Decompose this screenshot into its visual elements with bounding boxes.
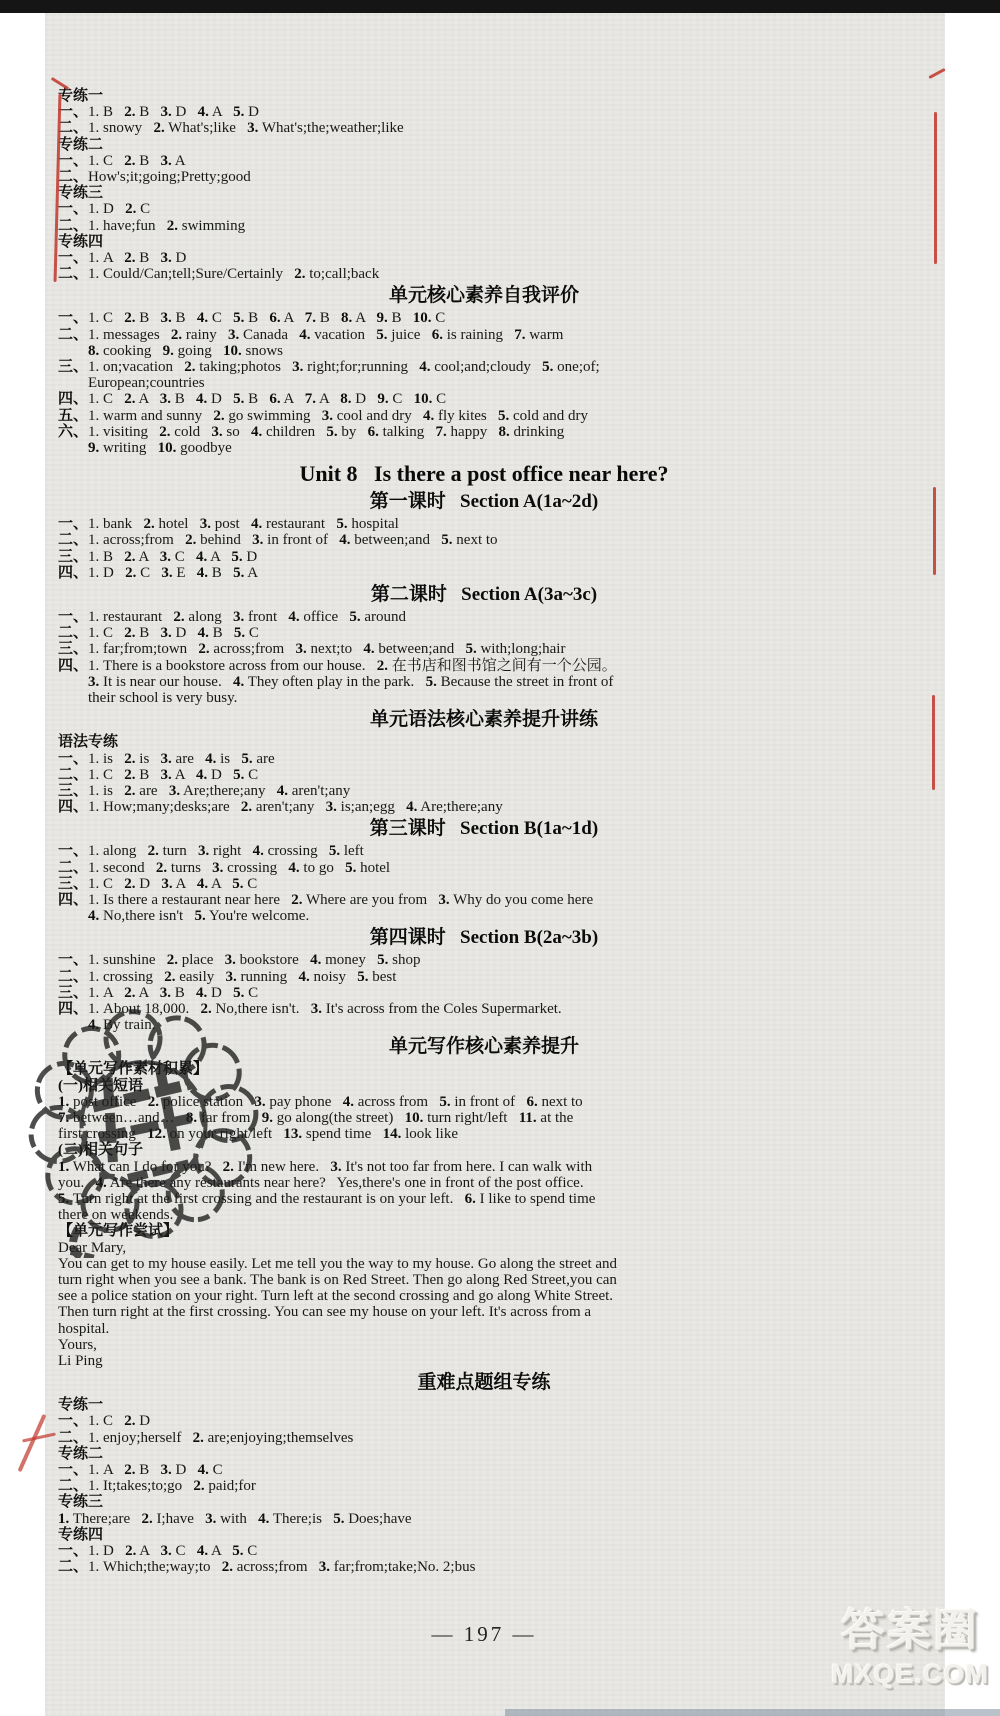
sub-heading: 专练四 bbox=[58, 234, 910, 250]
sub-heading: 专练二 bbox=[58, 137, 910, 153]
answer-line: 二、1. crossing 2. easily 3. running 4. no… bbox=[58, 969, 910, 985]
unit-heading: Unit 8 Is there a post office near here? bbox=[58, 460, 910, 488]
answer-line: 一、1. D 2. A 3. C 4. A 5. C bbox=[58, 1543, 910, 1559]
answer-line: 三、1. B 2. A 3. C 4. A 5. D bbox=[58, 549, 910, 565]
answer-line: 五、1. warm and sunny 2. go swimming 3. co… bbox=[58, 408, 910, 424]
answer-line: 一、1. C 2. B 3. A bbox=[58, 153, 910, 169]
answer-key-content: 专练一一、1. B 2. B 3. D 4. A 5. D二、1. snowy … bbox=[58, 88, 910, 1575]
answer-line: see a police station on your right. Turn… bbox=[58, 1288, 910, 1304]
answer-line: 一、1. along 2. turn 3. right 4. crossing … bbox=[58, 843, 910, 859]
continuation-line: 9. writing 10. goodbye bbox=[58, 440, 910, 456]
answer-line: 一、1. is 2. is 3. are 4. is 5. are bbox=[58, 751, 910, 767]
answer-line: 四、1. D 2. C 3. E 4. B 5. A bbox=[58, 565, 910, 581]
answer-line: 二、1. C 2. B 3. D 4. B 5. C bbox=[58, 625, 910, 641]
answer-line: 四、1. Is there a restaurant near here 2. … bbox=[58, 892, 910, 908]
answer-line: 一、1. restaurant 2. along 3. front 4. off… bbox=[58, 609, 910, 625]
logo-domain-text: MXQE.COM bbox=[810, 1660, 1000, 1688]
answer-line: 六、1. visiting 2. cold 3. so 4. children … bbox=[58, 424, 910, 440]
sub-heading: 专练四 bbox=[58, 1527, 910, 1543]
continuation-line: 3. It is near our house. 4. They often p… bbox=[58, 674, 910, 690]
sub-heading: 专练三 bbox=[58, 1494, 910, 1510]
answer-line: 二、1. have;fun 2. swimming bbox=[58, 218, 910, 234]
answer-line: 二、1. across;from 2. behind 3. in front o… bbox=[58, 532, 910, 548]
answer-line: 二、1. snowy 2. What's;like 3. What's;the;… bbox=[58, 120, 910, 136]
continuation-line: 4. No,there isn't 5. You're welcome. bbox=[58, 908, 910, 924]
answer-line: 三、1. C 2. D 3. A 4. A 5. C bbox=[58, 876, 910, 892]
continuation-line: their school is very busy. bbox=[58, 690, 910, 706]
answer-line: You can get to my house easily. Let me t… bbox=[58, 1256, 910, 1272]
section-heading: 第二课时 Section A(3a~3c) bbox=[58, 583, 910, 607]
sub-heading: 语法专练 bbox=[58, 734, 910, 750]
answer-line: 二、1. messages 2. rainy 3. Canada 4. vaca… bbox=[58, 327, 910, 343]
answer-line: 一、1. C 2. D bbox=[58, 1413, 910, 1429]
section-heading: 第四课时 Section B(2a~3b) bbox=[58, 926, 910, 950]
section-heading: 第一课时 Section A(1a~2d) bbox=[58, 490, 910, 514]
answer-line: 二、1. second 2. turns 3. crossing 4. to g… bbox=[58, 860, 910, 876]
answer-line: 四、1. C 2. A 3. B 4. D 5. B 6. A 7. A 8. … bbox=[58, 391, 910, 407]
answer-line: 二、1. It;takes;to;go 2. paid;for bbox=[58, 1478, 910, 1494]
answer-line: 1. There;are 2. I;have 3. with 4. There;… bbox=[58, 1511, 910, 1527]
continuation-line: 8. cooking 9. going 10. snows bbox=[58, 343, 910, 359]
answer-line: 二、How's;it;going;Pretty;good bbox=[58, 169, 910, 185]
red-edge-mark bbox=[934, 112, 937, 264]
answer-line: hospital. bbox=[58, 1321, 910, 1337]
red-edge-mark bbox=[933, 487, 936, 575]
answer-line: 二、1. Could/Can;tell;Sure/Certainly 2. to… bbox=[58, 266, 910, 282]
red-edge-mark bbox=[932, 695, 935, 790]
answer-line: 一、1. bank 2. hotel 3. post 4. restaurant… bbox=[58, 516, 910, 532]
sub-heading: 专练三 bbox=[58, 185, 910, 201]
answer-line: 一、1. D 2. C bbox=[58, 201, 910, 217]
answer-line: 三、1. on;vacation 2. taking;photos 3. rig… bbox=[58, 359, 910, 375]
answer-line: Yours, bbox=[58, 1337, 910, 1353]
section-heading: 第三课时 Section B(1a~1d) bbox=[58, 817, 910, 841]
answer-line: 三、1. A 2. A 3. B 4. D 5. C bbox=[58, 985, 910, 1001]
answer-line: 一、1. C 2. B 3. B 4. C 5. B 6. A 7. B 8. … bbox=[58, 310, 910, 326]
answer-line: 三、1. is 2. are 3. Are;there;any 4. aren'… bbox=[58, 783, 910, 799]
answer-line: 一、1. B 2. B 3. D 4. A 5. D bbox=[58, 104, 910, 120]
answer-line: Li Ping bbox=[58, 1353, 910, 1369]
answer-line: 三、1. far;from;town 2. across;from 3. nex… bbox=[58, 641, 910, 657]
section-heading: 单元核心素养自我评价 bbox=[58, 284, 910, 308]
answer-line: 二、1. Which;the;way;to 2. across;from 3. … bbox=[58, 1559, 910, 1575]
logo-brand-text: 答案圈 bbox=[810, 1608, 1000, 1654]
red-pen-scribble bbox=[18, 1414, 47, 1472]
scanned-answer-page: { "footer": { "page_number": "— 197 —", … bbox=[0, 0, 1000, 1716]
answer-line: 一、1. A 2. B 3. D 4. C bbox=[58, 1462, 910, 1478]
answer-line: 二、1. C 2. B 3. A 4. D 5. C bbox=[58, 767, 910, 783]
answer-line: turn right when you see a bank. The bank… bbox=[58, 1272, 910, 1288]
sub-heading: 专练一 bbox=[58, 1397, 910, 1413]
answer-line: Then turn right at the first crossing. Y… bbox=[58, 1304, 910, 1320]
continuation-line: European;countries bbox=[58, 375, 910, 391]
answer-line: 四、1. How;many;desks;are 2. aren't;any 3.… bbox=[58, 799, 910, 815]
page-number: — 197 — bbox=[58, 1622, 910, 1647]
scan-top-edge bbox=[0, 0, 1000, 13]
answer-site-logo: 答案圈 MXQE.COM bbox=[810, 1608, 1000, 1689]
section-heading: 重难点题组专练 bbox=[58, 1371, 910, 1395]
answer-line: 四、1. There is a bookstore across from ou… bbox=[58, 658, 910, 674]
ink-stamp-watermark bbox=[26, 1006, 262, 1258]
scan-bottom-edge bbox=[505, 1709, 1000, 1716]
section-heading: 单元语法核心素养提升讲练 bbox=[58, 708, 910, 732]
answer-line: 一、1. A 2. B 3. D bbox=[58, 250, 910, 266]
answer-line: 一、1. sunshine 2. place 3. bookstore 4. m… bbox=[58, 952, 910, 968]
sub-heading: 专练二 bbox=[58, 1446, 910, 1462]
answer-line: 二、1. enjoy;herself 2. are;enjoying;thems… bbox=[58, 1430, 910, 1446]
sub-heading: 专练一 bbox=[58, 88, 910, 104]
